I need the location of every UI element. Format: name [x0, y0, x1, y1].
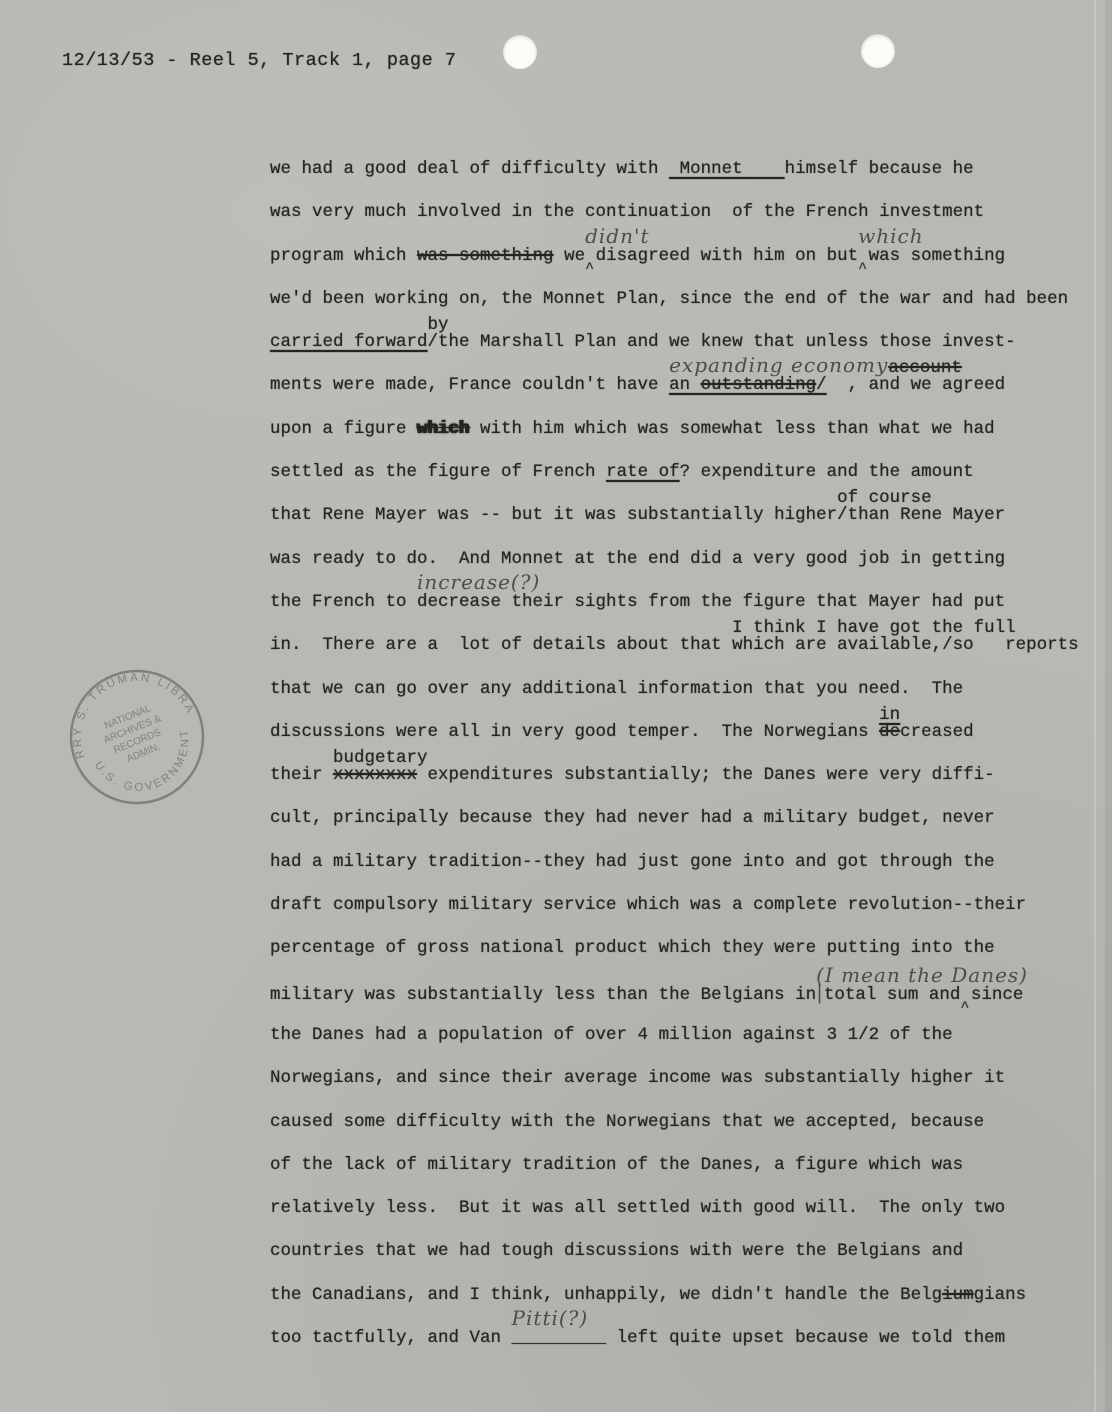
punch-hole-left [503, 35, 537, 69]
text-segment: cult, principally because they had never… [270, 808, 995, 828]
text-segment: Norwegians, and since their average inco… [270, 1068, 1005, 1088]
text-segment: /the Marshall Plan and we knew that unle… [428, 332, 1016, 352]
text-segment: was ready to do. And Monnet at the end d… [270, 549, 1005, 569]
document-line: cult, principally because they had never… [270, 797, 1079, 840]
document-line: too tactfully, and Van Pitti(?)_________… [270, 1317, 1079, 1360]
text-segment: we'd been working on, the Monnet Plan, s… [270, 289, 1068, 309]
document-line: countries that we had tough discussions … [270, 1230, 1079, 1273]
annotation-segment: expanding economy [669, 353, 888, 377]
text-segment: _________ [512, 1328, 607, 1348]
text-segment: , and we agreed [827, 375, 1006, 395]
text-segment: in. There are a lot of details about tha… [270, 635, 732, 655]
annotation-segment: I think I have got the full [732, 618, 1016, 638]
text-segment: draft compulsory military service which … [270, 895, 1026, 915]
text-segment: discussions were all in very good temper… [270, 722, 879, 742]
text-segment: outstanding [701, 375, 817, 395]
annotation-segment: of course [837, 488, 932, 508]
document-line: that we can go over any additional infor… [270, 668, 1079, 711]
document-line: Norwegians, and since their average inco… [270, 1057, 1079, 1100]
text-segment: / [816, 375, 827, 395]
stamp-center-text: NATIONAL ARCHIVES & RECORDS ADMIN. [98, 700, 175, 770]
text-segment: that we can go over any additional infor… [270, 679, 963, 699]
document-body: we had a good deal of difficulty with Mo… [270, 148, 1079, 1360]
text-segment: military was substantially less than the… [270, 985, 816, 1005]
annotation-segment: in [879, 705, 900, 725]
text-segment: was very much involved in the continuati… [270, 202, 984, 222]
text-segment: countries that we had tough discussions … [270, 1241, 963, 1261]
annotation-segment: by [428, 315, 449, 335]
text-segment: we [554, 246, 586, 266]
document-line: settled as the figure of French rate of?… [270, 451, 1079, 494]
document-line: military was substantially less than the… [270, 971, 1079, 1014]
document-line: program which was something wedidn't^ di… [270, 235, 1079, 278]
document-line: relatively less. But it was all settled … [270, 1187, 1079, 1230]
text-segment: disagreed with him on but [585, 246, 858, 266]
text-segment: too tactfully, and Van [270, 1328, 512, 1348]
text-segment: xxxxxxxx [333, 765, 417, 785]
text-segment: was something [858, 246, 1005, 266]
text-segment: rate of [606, 462, 680, 482]
text-segment: the Danes had a population of over 4 mil… [270, 1025, 953, 1045]
document-line: their budgetaryxxxxxxxx expenditures sub… [270, 754, 1079, 797]
annotation-segment: increase(?) [417, 570, 540, 594]
document-line: we'd been working on, the Monnet Plan, s… [270, 278, 1079, 321]
annotation-segment: Pitti(?) [512, 1306, 589, 1330]
text-segment: himself because he [785, 159, 974, 179]
document-line: we had a good deal of difficulty with Mo… [270, 148, 1079, 191]
text-segment: Monnet [669, 159, 785, 179]
page-header: 12/13/53 - Reel 5, Track 1, page 7 [62, 50, 456, 71]
text-segment: /than Rene Mayer [837, 505, 1005, 525]
document-line: of the lack of military tradition of the… [270, 1144, 1079, 1187]
document-line: was ready to do. And Monnet at the end d… [270, 538, 1079, 581]
text-segment: program which [270, 246, 417, 266]
document-line: the Canadians, and I think, unhappily, w… [270, 1274, 1079, 1317]
page-edge-shadow [1105, 0, 1112, 1412]
paper-crease [1094, 0, 1096, 1412]
text-segment: ? expenditure and the amount [680, 462, 974, 482]
text-segment: the French to [270, 592, 417, 612]
text-segment: of the lack of military tradition of the… [270, 1155, 963, 1175]
text-segment: caused some difficulty with the Norwegia… [270, 1112, 984, 1132]
document-line: was very much involved in the continuati… [270, 191, 1079, 234]
text-segment: since [960, 985, 1023, 1005]
text-segment: ium [942, 1285, 974, 1305]
text-segment: settled as the figure of French [270, 462, 606, 482]
text-segment: gians [974, 1285, 1027, 1305]
annotation-segment: which [858, 224, 923, 248]
text-segment: we had a good deal of difficulty with [270, 159, 669, 179]
text-segment: expenditures substantially; the Danes we… [417, 765, 995, 785]
text-segment: ments were made, France couldn't have [270, 375, 669, 395]
text-segment: carried forward [270, 332, 428, 352]
text-segment: creased [900, 722, 974, 742]
annotation-segment: budgetary [333, 748, 428, 768]
text-segment: total sum and [824, 985, 961, 1005]
text-segment: with him which was somewhat less than wh… [470, 419, 995, 439]
document-line: draft compulsory military service which … [270, 884, 1079, 927]
text-segment: their [270, 765, 333, 785]
text-segment: relatively less. But it was all settled … [270, 1198, 1005, 1218]
document-line: had a military tradition--they had just … [270, 841, 1079, 884]
document-line: the Danes had a population of over 4 mil… [270, 1014, 1079, 1057]
text-segment: the Canadians, and I think, unhappily, w… [270, 1285, 942, 1305]
text-segment: decrease their sights from the figure th… [417, 592, 1005, 612]
text-segment: was something [417, 246, 554, 266]
punch-hole-right [861, 34, 895, 68]
text-segment: percentage of gross national product whi… [270, 938, 995, 958]
annotation-segment: (I mean the Danes) [816, 963, 1028, 987]
text-segment: that Rene Mayer was -- but it was substa… [270, 505, 837, 525]
document-line: that Rene Mayer was -- but it was substa… [270, 494, 1079, 537]
document-line: in. There are a lot of details about tha… [270, 624, 1079, 667]
text-segment: upon a figure [270, 419, 417, 439]
text-segment: which are available,/so reports [732, 635, 1079, 655]
document-line: caused some difficulty with the Norwegia… [270, 1101, 1079, 1144]
archive-stamp-icon: HARRY S. TRUMAN LIBRARY U.S. GOVERNMENT … [34, 634, 240, 840]
text-segment: left quite upset because we told them [606, 1328, 1005, 1348]
document-line: upon a figure which with him which was s… [270, 408, 1079, 451]
text-segment: which [417, 419, 470, 439]
annotation-segment: account [888, 358, 962, 378]
text-segment: an [669, 375, 701, 395]
document-line: ments were made, France couldn't have ex… [270, 364, 1079, 407]
annotation-segment: didn't [585, 224, 649, 248]
text-segment: had a military tradition--they had just … [270, 852, 995, 872]
